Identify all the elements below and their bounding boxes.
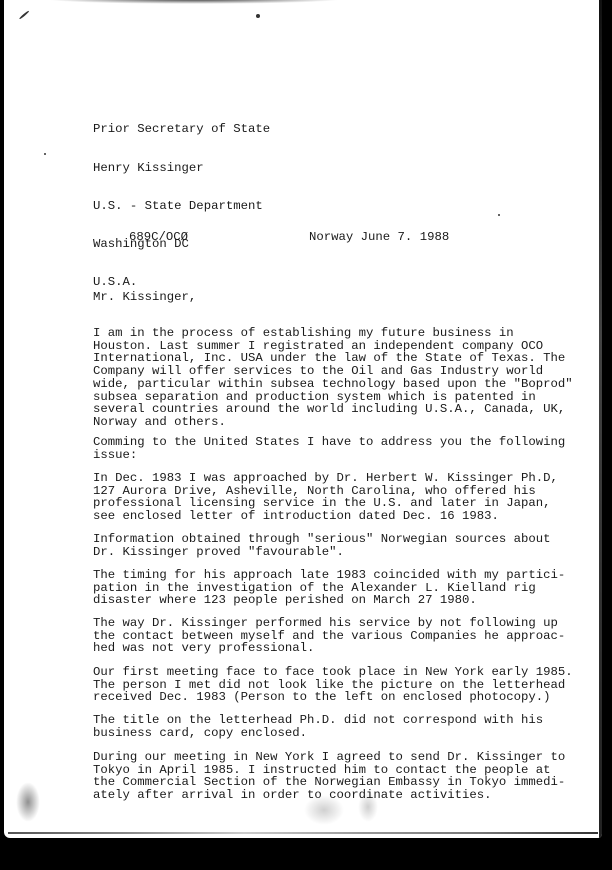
scan-speck: [44, 153, 46, 155]
scan-speck: [498, 214, 500, 216]
address-line: Henry Kissinger: [93, 162, 270, 175]
scan-speck: [256, 14, 260, 18]
page-edge-shadow: [599, 0, 602, 838]
paragraph-business-intro: I am in the process of establishing my f…: [93, 327, 573, 429]
paragraph-first-meeting: Our first meeting face to face took plac…: [93, 666, 573, 704]
salutation: Mr. Kissinger,: [93, 291, 196, 304]
letter-page: Prior Secretary of State Henry Kissinger…: [4, 0, 602, 838]
reference-number: 689C/OCØ: [129, 231, 188, 244]
paragraph-tokyo: During our meeting in New York I agreed …: [93, 751, 565, 802]
paragraph-title: The title on the letterhead Ph.D. did no…: [93, 714, 543, 739]
address-line: U.S. - State Department: [93, 200, 270, 213]
recipient-address: Prior Secretary of State Henry Kissinger…: [93, 98, 270, 314]
paragraph-timing: The timing for his approach late 1983 co…: [93, 569, 565, 607]
scan-mark: [19, 10, 29, 19]
date-line: Norway June 7. 1988: [309, 231, 449, 244]
paragraph-sources: Information obtained through "serious" N…: [93, 533, 551, 558]
address-line: U.S.A.: [93, 276, 270, 289]
paragraph-service: The way Dr. Kissinger performed his serv…: [93, 617, 565, 655]
paragraph-approach: In Dec. 1983 I was approached by Dr. Her…: [93, 472, 558, 523]
address-line: Prior Secretary of State: [93, 123, 270, 136]
paragraph-issue-intro: Comming to the United States I have to a…: [93, 436, 565, 461]
scan-smudge: [16, 782, 40, 822]
